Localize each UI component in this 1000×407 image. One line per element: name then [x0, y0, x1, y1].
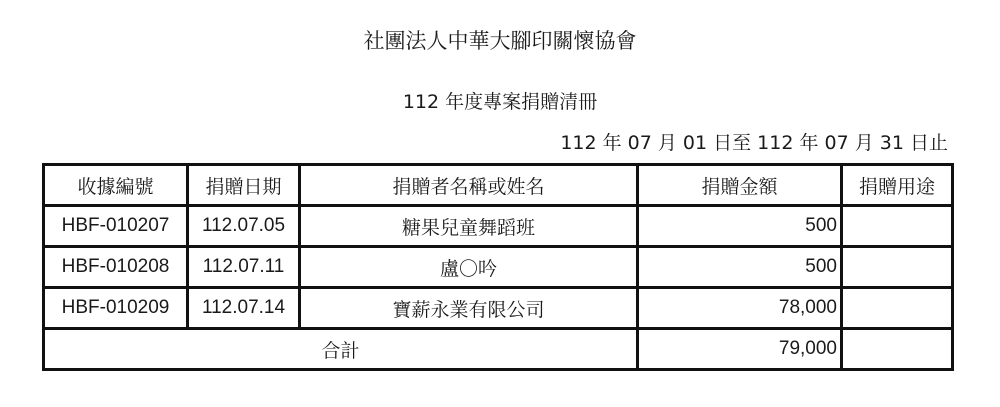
receipt-no-cell: HBF-010209 — [44, 288, 188, 329]
amount-cell: 500 — [638, 206, 842, 247]
donor-cell: 糖果兒童舞蹈班 — [300, 206, 638, 247]
document-title: 112 年度專案捐贈清冊 — [0, 88, 1000, 116]
header-amount: 捐贈金額 — [638, 165, 842, 206]
table-row: HBF-010207 112.07.05 糖果兒童舞蹈班 500 — [44, 206, 953, 247]
table-row: HBF-010209 112.07.14 寶薪永業有限公司 78,000 — [44, 288, 953, 329]
amount-cell: 500 — [638, 247, 842, 288]
donor-cell: 盧〇吟 — [300, 247, 638, 288]
receipt-no-cell: HBF-010207 — [44, 206, 188, 247]
header-donor: 捐贈者名稱或姓名 — [300, 165, 638, 206]
donor-cell: 寶薪永業有限公司 — [300, 288, 638, 329]
table-row: HBF-010208 112.07.11 盧〇吟 500 — [44, 247, 953, 288]
total-amount: 79,000 — [638, 329, 842, 370]
donation-table: 收據編號 捐贈日期 捐贈者名稱或姓名 捐贈金額 捐贈用途 HBF-010207 … — [42, 163, 954, 371]
total-purpose-cell — [842, 329, 953, 370]
reporting-period: 112 年 07 月 01 日至 112 年 07 月 31 日止 — [560, 129, 948, 157]
date-cell: 112.07.05 — [188, 206, 300, 247]
purpose-cell — [842, 247, 953, 288]
amount-cell: 78,000 — [638, 288, 842, 329]
total-label: 合計 — [44, 329, 638, 370]
header-purpose: 捐贈用途 — [842, 165, 953, 206]
date-cell: 112.07.14 — [188, 288, 300, 329]
header-receipt-no: 收據編號 — [44, 165, 188, 206]
table-header-row: 收據編號 捐贈日期 捐贈者名稱或姓名 捐贈金額 捐贈用途 — [44, 165, 953, 206]
purpose-cell — [842, 206, 953, 247]
organization-title: 社團法人中華大腳印關懷協會 — [0, 26, 1000, 56]
header-date: 捐贈日期 — [188, 165, 300, 206]
receipt-no-cell: HBF-010208 — [44, 247, 188, 288]
total-row: 合計 79,000 — [44, 329, 953, 370]
purpose-cell — [842, 288, 953, 329]
date-cell: 112.07.11 — [188, 247, 300, 288]
